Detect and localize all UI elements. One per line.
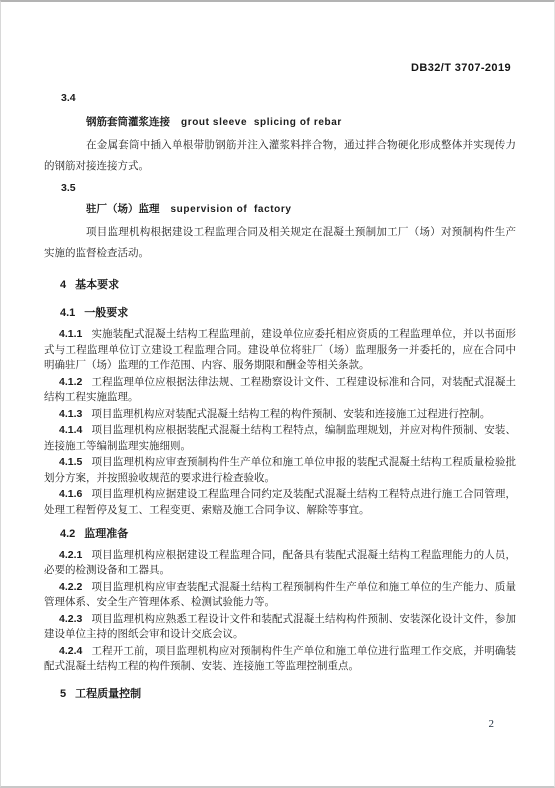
- subsection-heading-4-1: 4.1一般要求: [44, 306, 516, 322]
- section-number: 5: [60, 688, 66, 700]
- clause-4-1-5: 4.1.5项目监理机构应审查预制构件生产单位和施工单位申报的装配式混凝土结构工程…: [44, 455, 516, 486]
- clause-number: 4.1.2: [59, 376, 82, 388]
- section-label: 基本要求: [75, 279, 119, 291]
- clause-4-2-2: 4.2.2项目监理机构应审查装配式混凝土结构工程预制构件生产单位和施工单位的生产…: [44, 580, 516, 611]
- document-code: DB32/T 3707-2019: [411, 62, 511, 74]
- clause-4-2-1: 4.2.1项目监理机构应根据建设工程监理合同，配备具有装配式混凝土结构工程监理能…: [44, 548, 516, 579]
- term-name-3-4: 钢筋套筒灌浆连接grout sleeve splicing of rebar: [44, 115, 516, 131]
- term-number-3-5: 3.5: [44, 181, 516, 197]
- term-number-3-4: 3.4: [44, 91, 516, 107]
- clause-text: 项目监理机构应对装配式混凝土结构工程的构件预制、安装和连接施工过程进行控制。: [91, 409, 490, 420]
- clause-4-1-3: 4.1.3项目监理机构应对装配式混凝土结构工程的构件预制、安装和连接施工过程进行…: [44, 407, 516, 423]
- clause-4-1-4: 4.1.4项目监理机构应根据装配式混凝土结构工程特点，编制监理规划，并应对构件预…: [44, 423, 516, 454]
- page-header: DB32/T 3707-2019: [1, 2, 554, 75]
- term-definition-3-5: 项目监理机构根据建设工程监理合同及相关规定在混凝土预制加工厂（场）对预制构件生产…: [44, 222, 516, 264]
- section-heading-4: 4基本要求: [44, 278, 516, 294]
- term-name-zh: 钢筋套筒灌浆连接: [86, 116, 170, 128]
- section-number: 4: [60, 279, 66, 291]
- clause-text: 工程监理单位应根据法律法规、工程勘察设计文件、工程建设标准和合同，对装配式混凝土…: [44, 377, 516, 404]
- term-definition-3-4: 在金属套筒中插入单根带肋钢筋并注入灌浆料拌合物，通过拌合物硬化形成整体并实现传力…: [44, 135, 516, 177]
- section-heading-5: 5工程质量控制: [44, 687, 516, 703]
- clause-number: 4.2.1: [59, 549, 82, 561]
- clause-text: 项目监理机构应据建设工程监理合同约定及装配式混凝土结构工程特点进行施工合同管理，…: [44, 489, 516, 516]
- clause-text: 项目监理机构应审查装配式混凝土结构工程预制构件生产单位和施工单位的生产能力、质量…: [44, 582, 516, 609]
- clause-number: 4.1.1: [59, 328, 82, 340]
- clause-4-2-4: 4.2.4工程开工前，项目监理机构应对预制构件生产单位和施工单位进行监理工作交底…: [44, 644, 516, 675]
- clause-4-1-2: 4.1.2工程监理单位应根据法律法规、工程勘察设计文件、工程建设标准和合同，对装…: [44, 375, 516, 406]
- clause-number: 4.2.4: [59, 645, 82, 657]
- clause-text: 实施装配式混凝土结构工程监理前，建设单位应委托相应资质的工程监理单位，并以书面形…: [44, 329, 516, 371]
- section-label: 工程质量控制: [75, 688, 141, 700]
- document-body: 3.4 钢筋套筒灌浆连接grout sleeve splicing of reb…: [44, 91, 516, 702]
- clause-4-1-1: 4.1.1实施装配式混凝土结构工程监理前，建设单位应委托相应资质的工程监理单位，…: [44, 327, 516, 374]
- document-page: DB32/T 3707-2019 3.4 钢筋套筒灌浆连接grout sleev…: [0, 0, 555, 788]
- term-name-zh: 驻厂（场）监理: [86, 203, 160, 215]
- clause-text: 项目监理机构应熟悉工程设计文件和装配式混凝土结构构件预制、安装深化设计文件，参加…: [44, 614, 516, 641]
- clause-4-1-6: 4.1.6项目监理机构应据建设工程监理合同约定及装配式混凝土结构工程特点进行施工…: [44, 487, 516, 518]
- term-name-3-5: 驻厂（场）监理supervision of factory: [44, 202, 516, 218]
- clause-text: 项目监理机构应审查预制构件生产单位和施工单位申报的装配式混凝土结构工程质量检验批…: [44, 457, 516, 484]
- term-name-en: grout sleeve splicing of rebar: [181, 117, 342, 128]
- section-label: 一般要求: [84, 307, 128, 319]
- clause-number: 4.1.3: [59, 408, 82, 420]
- subsection-heading-4-2: 4.2监理准备: [44, 527, 516, 543]
- section-label: 监理准备: [84, 528, 128, 540]
- page-number: 2: [489, 718, 495, 730]
- clause-4-2-3: 4.2.3项目监理机构应熟悉工程设计文件和装配式混凝土结构构件预制、安装深化设计…: [44, 612, 516, 643]
- clause-number: 4.2.3: [59, 613, 82, 625]
- clause-text: 项目监理机构应根据建设工程监理合同，配备具有装配式混凝土结构工程监理能力的人员，…: [44, 550, 516, 577]
- clause-number: 4.1.6: [59, 488, 82, 500]
- term-name-en: supervision of factory: [171, 204, 292, 215]
- clause-text: 项目监理机构应根据装配式混凝土结构工程特点，编制监理规划，并应对构件预制、安装、…: [44, 425, 516, 452]
- section-number: 4.2: [60, 528, 75, 540]
- clause-number: 4.2.2: [59, 581, 82, 593]
- clause-number: 4.1.5: [59, 456, 82, 468]
- clause-text: 工程开工前，项目监理机构应对预制构件生产单位和施工单位进行监理工作交底，并明确装…: [44, 646, 516, 673]
- section-number: 4.1: [60, 307, 75, 319]
- clause-number: 4.1.4: [59, 424, 82, 436]
